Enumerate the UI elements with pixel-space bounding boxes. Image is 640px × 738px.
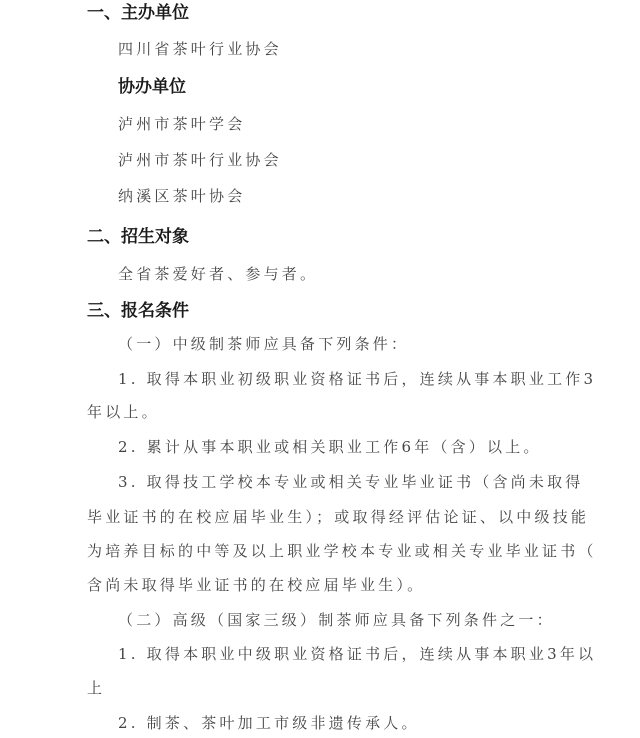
- requirement-line: 上: [87, 681, 105, 696]
- co-organizers-heading: 协办单位: [118, 79, 186, 96]
- audience-text: 全省茶爱好者、参与者。: [118, 267, 318, 282]
- requirement-line: 2. 制茶、茶叶加工市级非遗传承人。: [118, 716, 420, 731]
- section-heading-audience: 二、招生对象: [87, 229, 189, 246]
- intermediate-title: （一）中级制茶师应具备下列条件：: [118, 337, 409, 352]
- requirement-line: 2. 累计从事本职业或相关职业工作6年（含）以上。: [118, 440, 542, 455]
- section-heading-organizers: 一、主办单位: [87, 5, 189, 22]
- requirement-line: 为培养目标的中等及以上职业学校本专业或相关专业毕业证书（: [87, 544, 597, 559]
- advanced-title: （二）高级（国家三级）制茶师应具备下列条件之一：: [118, 613, 555, 628]
- requirement-line: 含尚未取得毕业证书的在校应届毕业生）。: [87, 578, 425, 593]
- requirement-line: 1. 取得本职业中级职业资格证书后，连续从事本职业3年以: [118, 647, 596, 662]
- requirement-line: 年以上。: [87, 405, 160, 420]
- section-heading-requirements: 三、报名条件: [87, 303, 189, 320]
- co-organizer-item: 泸州市茶叶行业协会: [118, 153, 282, 168]
- co-organizer-item: 泸州市茶叶学会: [118, 117, 245, 132]
- requirement-line: 1. 取得本职业初级职业资格证书后，连续从事本职业工作3: [118, 372, 596, 387]
- requirement-line: 毕业证书的在校应届毕业生）；或取得经评估论证、以中级技能: [87, 510, 589, 525]
- requirement-line: 3. 取得技工学校本专业或相关专业毕业证书（含尚未取得: [118, 475, 583, 490]
- host-organization: 四川省茶叶行业协会: [118, 42, 282, 57]
- co-organizer-item: 纳溪区茶叶协会: [118, 189, 245, 204]
